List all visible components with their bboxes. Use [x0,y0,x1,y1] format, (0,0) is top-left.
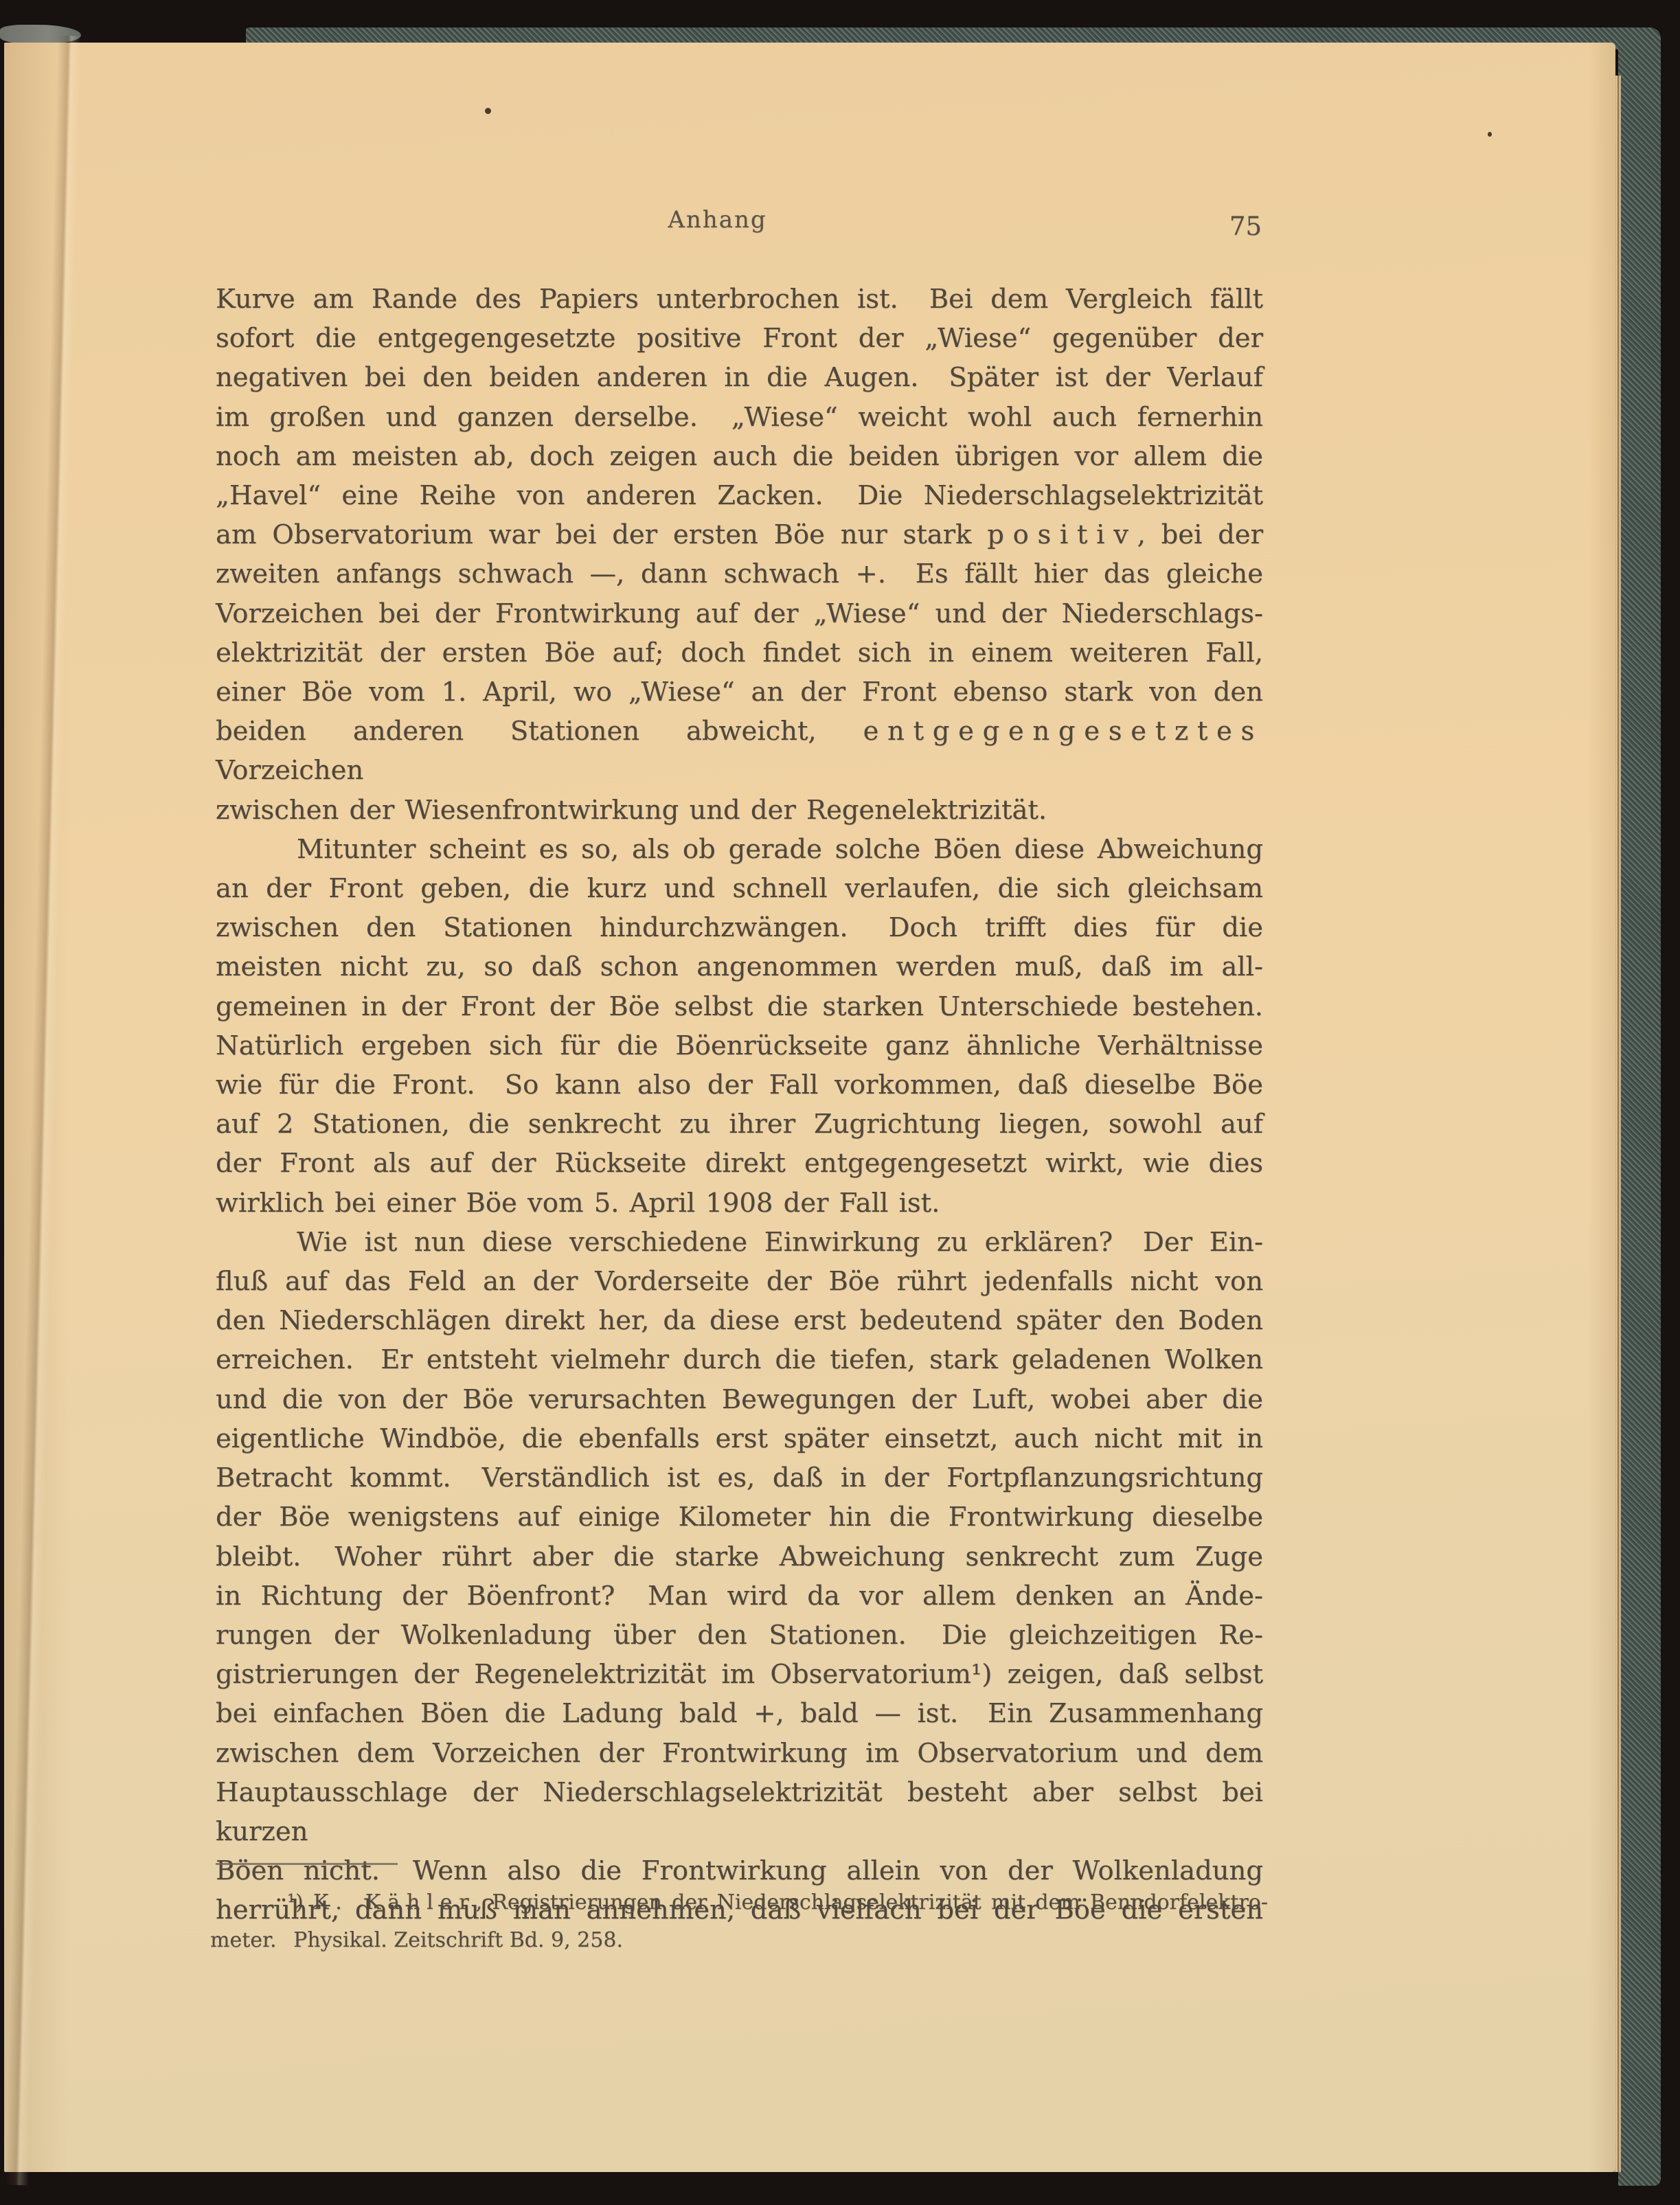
text-line: Wie ist nun diese verschiedene Einwirkun… [216,1223,1263,1262]
text-line: erreichen. Er entsteht vielmehr durch di… [216,1340,1263,1379]
text-line: einer Böe vom 1. April, wo „Wiese“ an de… [216,672,1263,712]
text-line: an der Front geben, die kurz und schnell… [216,869,1263,908]
book-cover-edge-right [1618,27,1661,2186]
text-line: noch am meisten ab, doch zeigen auch die… [216,437,1263,476]
running-title: Anhang [194,206,1241,234]
paper-speck [1488,132,1492,137]
body-text: Kurve am Rande des Papiers unterbrochen … [216,280,1263,1930]
text-line: zwischen dem Vorzeichen der Frontwirkung… [216,1734,1263,1773]
text-line: eigentliche Windböe, die ebenfalls erst … [216,1419,1263,1458]
text-line: der Front als auf der Rückseite direkt e… [216,1144,1263,1183]
text-line: ¹) K. Kähler, Registrierungen der Nieder… [210,1884,1268,1921]
footnote: ¹) K. Kähler, Registrierungen der Nieder… [210,1884,1268,1959]
page-header: Anhang 75 [216,206,1263,250]
text-line: rungen der Wolkenladung über den Station… [216,1616,1263,1655]
text-line: bleibt. Woher rührt aber die starke Abwe… [216,1537,1263,1576]
text-line: fluß auf das Feld an der Vorderseite der… [216,1262,1263,1301]
text-line: auf 2 Stationen, die senkrecht zu ihrer … [216,1105,1263,1144]
text-line: gemeinen in der Front der Böe selbst die… [216,987,1263,1026]
text-line: Vorzeichen bei der Frontwirkung auf der … [216,594,1263,633]
text-line: den Niederschlägen direkt her, da diese … [216,1301,1263,1340]
text-line: am Observatorium war bei der ersten Böe … [216,515,1263,554]
text-line: bei einfachen Böen die Ladung bald +, ba… [216,1694,1263,1733]
text-line: sofort die entgegengesetzte positive Fro… [216,319,1263,358]
text-line: wie für die Front. So kann also der Fall… [216,1065,1263,1105]
text-line: Natürlich ergeben sich für die Böenrücks… [216,1026,1263,1065]
text-line: Mitunter scheint es so, als ob gerade so… [216,830,1263,869]
text-line: Hauptausschlage der Niederschlagselektri… [216,1773,1263,1851]
footnote-rule [216,1863,398,1865]
text-line: wirklich bei einer Böe vom 5. April 1908… [216,1184,1263,1223]
text-line: meter. Physikal. Zeitschrift Bd. 9, 258. [210,1921,1268,1959]
paper-speck [485,108,491,114]
text-line: „Havel“ eine Reihe von anderen Zacken. D… [216,476,1263,515]
text-line: elektrizität der ersten Böe auf; doch fi… [216,633,1263,672]
text-line: in Richtung der Böenfront? Man wird da v… [216,1576,1263,1616]
text-line: zwischen der Wiesenfrontwirkung und der … [216,791,1263,830]
text-line: der Böe wenigstens auf einige Kilometer … [216,1497,1263,1537]
text-line: negativen bei den beiden anderen in die … [216,358,1263,397]
text-line: Betracht kommt. Verständlich ist es, daß… [216,1458,1263,1497]
text-line: meisten nicht zu, so daß schon angenomme… [216,947,1263,986]
text-line: zwischen den Stationen hindurchzwängen. … [216,908,1263,947]
text-line: gistrierungen der Regenelektrizität im O… [216,1655,1263,1694]
text-line: und die von der Böe verursachten Bewegun… [216,1380,1263,1419]
page-number: 75 [1229,212,1262,241]
text-line: zweiten anfangs schwach —, dann schwach … [216,554,1263,593]
text-line: Kurve am Rande des Papiers unterbrochen … [216,280,1263,319]
text-line: beiden anderen Stationen abweicht, entge… [216,712,1263,790]
scanned-book-photo: { "colors": { "bg": "#171110", "cover": … [0,0,1680,2205]
text-line: im großen und ganzen derselbe. „Wiese“ w… [216,398,1263,437]
book-page: Anhang 75 Kurve am Rande des Papiers unt… [4,43,1615,2172]
